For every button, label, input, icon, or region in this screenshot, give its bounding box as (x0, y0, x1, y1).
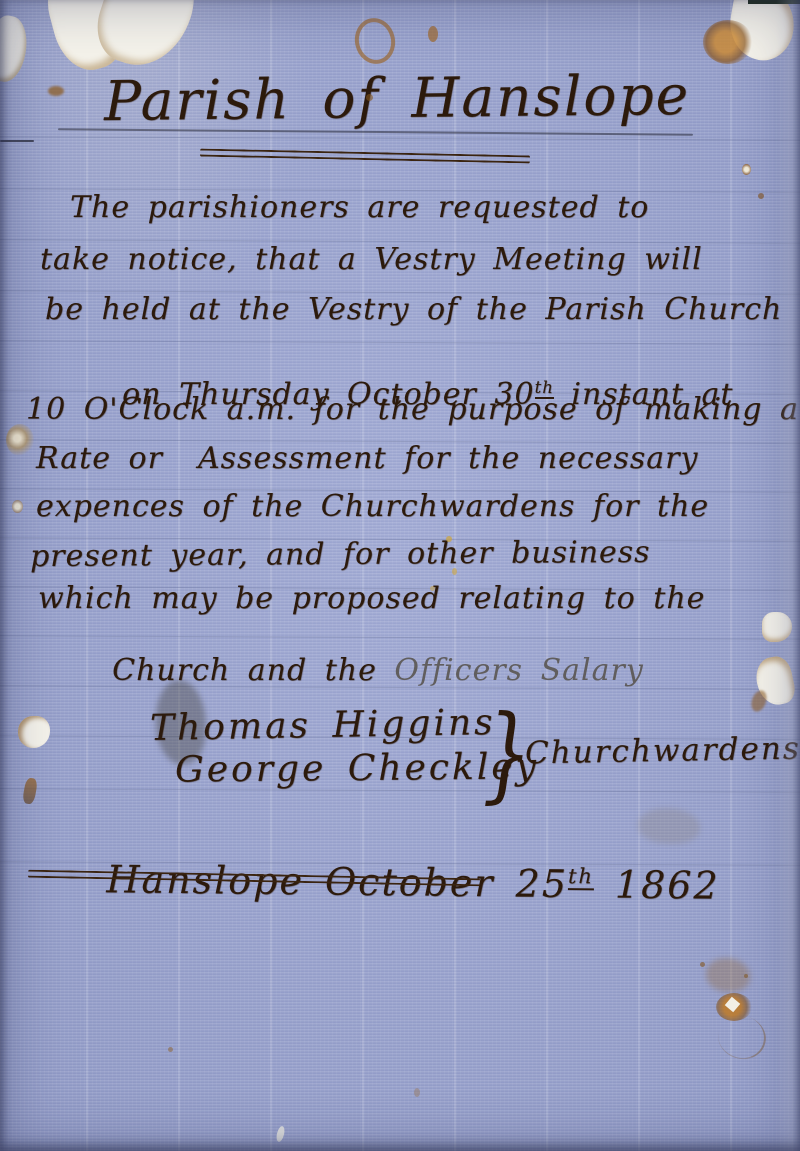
body-line-7: expences of the Churchwardens for the (36, 489, 709, 524)
document-page: Parish of Hanslope The parishioners are … (0, 0, 800, 1151)
ruled-line (0, 136, 800, 140)
paper-tear (18, 716, 50, 748)
rust-stain (744, 974, 748, 978)
body-line-10-pencil: Officers Salary (394, 653, 643, 688)
body-line-3: be held at the Vestry of the Parish Chur… (45, 292, 782, 327)
foxing-stain (452, 568, 457, 575)
foxing-stain (6, 424, 34, 456)
body-line-8: present year, and for other business (30, 535, 651, 574)
body-line-1: The parishioners are requested to (70, 190, 649, 225)
document-title: Parish of Hanslope (104, 63, 691, 133)
rust-stain (758, 193, 764, 199)
foxing-stain (430, 586, 435, 591)
paper-speck (275, 1125, 286, 1142)
body-line-10-ink: Church and the (112, 653, 394, 688)
body-line-9: which may be proposed relating to the (38, 581, 705, 616)
title-underline (200, 149, 530, 164)
body-line-5: 10 O'Clock a.m. for the purpose of makin… (26, 392, 799, 427)
paper-tear (0, 13, 31, 84)
rust-stain (703, 20, 753, 64)
body-line-6: Rate or Assessment for the necessary (36, 441, 698, 476)
rust-stain (428, 26, 438, 42)
ruled-line (0, 788, 800, 792)
rust-stain-tail (713, 1011, 770, 1065)
tear-edge-stain (48, 86, 64, 96)
ruled-line (0, 140, 34, 142)
rust-stain (22, 777, 38, 805)
paper-tear (762, 612, 792, 642)
dateline-superscript: th (568, 864, 594, 890)
foxing-stain (12, 500, 23, 513)
rust-stain (700, 962, 705, 967)
dateline-year: 1862 (594, 862, 720, 907)
signature-role-churchwardens: Churchwardens (525, 731, 800, 772)
rust-ring-stain (351, 14, 400, 67)
rust-stain (414, 1088, 420, 1097)
foxing-stain (446, 536, 452, 542)
rust-stain (366, 94, 373, 101)
rust-stain (742, 164, 751, 175)
signature-thomas-higgins: Thomas Higgins (150, 702, 496, 749)
scan-edge-artifact (748, 0, 800, 4)
rust-stain (168, 1047, 173, 1052)
body-line-2: take notice, that a Vestry Meeting will (40, 242, 703, 277)
